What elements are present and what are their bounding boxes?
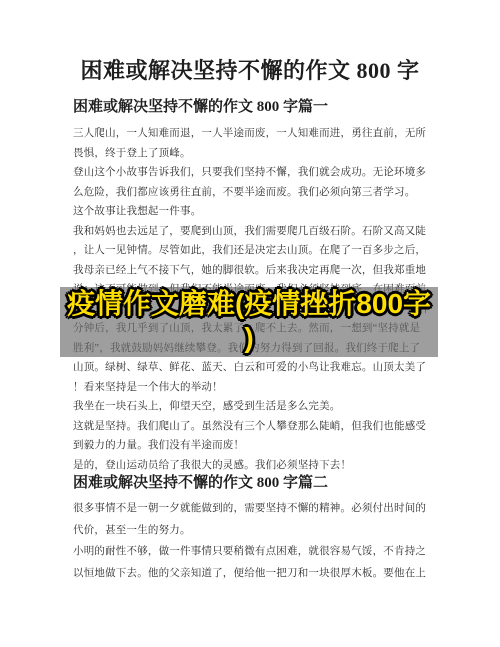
body-line: 很多事情不是一朝一夕就能做到的，需要坚持不懈的精神。必须付出时间的: [73, 498, 431, 520]
section-2-heading: 困难或解决坚持不懈的作文 800 字篇二: [73, 471, 328, 492]
body-line: 这就是坚持。我们爬山了。虽然没有三个人攀登那么陡峭，但我们也能感受: [73, 417, 431, 437]
section-1-heading: 困难或解决坚持不懈的作文 800 字篇一: [73, 95, 328, 116]
body-line: 这个故事让我想起一件事。: [73, 202, 431, 222]
body-line: 三人爬山，一人知难而退，一人半途而废，一人知难而进，勇往直前，无所: [73, 124, 431, 144]
body-line: 山顶。绿树、绿草、鲜花、蓝天、白云和可爱的小鸟让我难忘。山顶太美了: [73, 358, 431, 378]
body-line: ！看来坚持是一个伟大的举动！: [73, 378, 431, 398]
document-page: 困难或解决坚持不懈的作文 800 字 困难或解决坚持不懈的作文 800 字篇一 …: [0, 0, 500, 647]
watermark-title-line-1: 疫情作文磨难(疫情挫折800字: [60, 287, 438, 321]
watermark-title-line-2: ): [60, 321, 438, 355]
body-line: 我坐在一块石头上，仰望天空，感受到生活是多么完美。: [73, 397, 431, 417]
body-line: ，让人一见钟情。尽管如此，我们还是决定去山顶。在爬了一百多步之后，: [73, 241, 431, 261]
body-line: 我和妈妈也去远足了，要爬到山顶，我们需要爬几百级石阶。石阶又高又陡: [73, 222, 431, 242]
body-line: 以恒地做下去。他的父亲知道了，便给他一把刀和一块很厚木板。要他在上: [73, 563, 431, 585]
body-line: 么危险，我们都应该勇往直前，不要半途而废。我们必须向第三者学习。: [73, 183, 431, 203]
body-line: 小明的耐性不够，做一件事情只要稍微有点困难，就很容易气馁，不肯持之: [73, 541, 431, 563]
body-line: 代价，甚至一生的努力。: [73, 520, 431, 542]
body-line: 到毅力的力量。我们没有半途而废！: [73, 436, 431, 456]
body-line: 登山这个小故事告诉我们，只要我们坚持不懈，我们就会成功。无论环境多: [73, 163, 431, 183]
watermark-band: 疫情作文磨难(疫情挫折800字 ): [60, 287, 438, 357]
section-2-body: 很多事情不是一朝一夕就能做到的，需要坚持不懈的精神。必须付出时间的代价，甚至一生…: [73, 498, 431, 584]
body-line: 畏惧，终于登上了顶峰。: [73, 144, 431, 164]
page-title: 困难或解决坚持不懈的作文 800 字: [0, 54, 500, 85]
body-line: 我母亲已经上气不接下气，她的脚很软。后来我决定再爬一次，但我郑重地: [73, 261, 431, 281]
